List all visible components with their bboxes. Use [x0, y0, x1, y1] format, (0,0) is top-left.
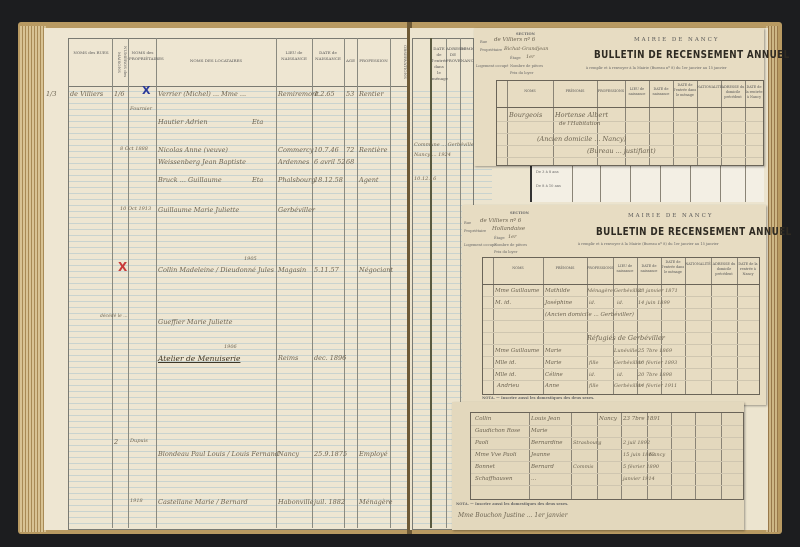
entry-locataire: Collin Madeleine / Dieudonné Jules — [158, 266, 274, 274]
col-header-observations: OBSERVATIONS — [390, 44, 408, 80]
row-line — [483, 296, 759, 297]
strip-divider — [660, 164, 661, 202]
handwritten-note: Nancy ... 1924 — [414, 152, 451, 158]
entry-proprietaire: 1918 — [130, 498, 143, 504]
col-header: NATIONALITÉ — [697, 85, 721, 90]
entry-locataire: Castellane Marie / Bernard — [158, 498, 248, 506]
mairie-heading: MAIRIE DE NANCY — [628, 213, 713, 219]
field-label: Prix du loyer — [510, 71, 533, 75]
row-profession: fille — [589, 383, 599, 389]
col-header: LIEU de naissance — [625, 87, 649, 97]
row-line — [471, 473, 743, 474]
bulletin-table: NOMS PRÉNOMS PROFESSIONS LIEU de naissan… — [482, 257, 760, 395]
row-line — [471, 485, 743, 486]
row-prenom: Anne — [545, 383, 559, 389]
field-value: Bichat-Grandjean — [504, 46, 548, 52]
census-bulletin-2: SECTION MAIRIE DE NANCY BULLETIN DE RECE… — [462, 205, 766, 405]
strip-divider — [630, 164, 631, 202]
blue-x-mark: X — [142, 84, 150, 97]
col-header: PRÉNOMS — [553, 89, 597, 94]
entry-locataire: Atelier de Menuiserie — [158, 354, 240, 363]
entry-lieu: Habonville — [278, 498, 314, 506]
row-prenom: (Bureau ... justifiant) — [587, 147, 656, 155]
field-value: de Villiers nº 6 — [480, 218, 521, 224]
row-prenom: ... — [531, 476, 536, 482]
col-divider — [446, 38, 447, 528]
col-header: DATE de naissance — [637, 264, 661, 274]
entry-proprietaire: décédé le ... — [100, 314, 128, 319]
entry-note: 1906 — [224, 344, 237, 350]
field-label: Rue — [464, 221, 471, 225]
col-header: NOMS — [507, 89, 553, 94]
entry-age: 72 — [346, 146, 354, 154]
strip-divider — [690, 164, 691, 202]
form-strip: De 3 à 8 ans De 8 à 10 ans — [530, 164, 764, 202]
row-nom: Bonnet — [475, 464, 495, 470]
field-label: Nombre de pièces — [510, 64, 543, 68]
field-label: Prix du loyer — [494, 250, 517, 254]
row-line — [497, 133, 763, 134]
col-header: DATE de naissance — [649, 87, 673, 97]
entry-numero: 1/6 — [114, 90, 124, 98]
bulletin-table: Collin Louis Jean Nancy 23 7bre 1891 Gau… — [470, 412, 744, 500]
row-prenom: (Ancien domicile ... Nancy) — [537, 135, 626, 143]
entry-lieu: Magasin — [278, 266, 306, 274]
entry-date: 25.9.1875 — [314, 450, 347, 458]
field-label: Nombre de pièces — [494, 243, 527, 247]
margin-number: 1/3 — [46, 90, 56, 98]
col-header: ADRESSE du domicile précédent — [721, 85, 745, 100]
entry-profession: Négociant — [359, 266, 393, 274]
field-value: Hollandaise — [492, 226, 525, 232]
entry-profession: Rentier — [359, 90, 384, 98]
entry-numero: 2 — [114, 438, 118, 446]
row-lieu: Lunéville — [614, 348, 637, 354]
row-line — [471, 437, 743, 438]
field-value: 1er — [526, 54, 535, 60]
entry-date: dec. 1896 — [314, 354, 346, 362]
strip-divider — [572, 164, 573, 202]
census-bulletin-1: SECTION MAIRIE DE NANCY BULLETIN DE RECE… — [474, 28, 764, 166]
row-nom: Mlle id. — [495, 360, 516, 366]
col-divider — [312, 38, 313, 528]
col-header-adresse: ADRESSE DE PROVENANCE — [446, 46, 460, 64]
entry-proprietaire: Dupuis — [130, 438, 148, 444]
header-divider — [483, 284, 759, 285]
row-date: 2 juil 1892 — [623, 440, 650, 446]
field-label: Propriétaire — [464, 229, 486, 233]
strip-divider — [720, 164, 721, 202]
col-divider — [613, 258, 614, 394]
row-nom: Mme Guillaume — [495, 348, 539, 354]
row-line — [483, 320, 759, 321]
row-date: 25 7bre 1869 — [638, 348, 672, 354]
mairie-heading: MAIRIE DE NANCY — [634, 37, 719, 43]
handwritten-note: Commune ... Gerbéviller — [414, 142, 476, 148]
row-date: 23 janvier 1871 — [638, 288, 678, 294]
row-extra: de l'Habitation — [559, 121, 600, 127]
entry-locataire: Gueffier Marie Juliette — [158, 318, 232, 326]
field-label: Étage — [510, 56, 521, 60]
col-divider — [737, 258, 738, 394]
entry-date: 5.11.57 — [314, 266, 339, 274]
row-nom: Schaffhausen — [475, 476, 513, 482]
col-header-profession: PROFESSION — [357, 58, 390, 64]
col-divider — [697, 81, 698, 165]
row-prenom: Bernardine — [531, 440, 562, 446]
row-prenom: Joséphine — [545, 300, 572, 306]
col-header-date-entree: DATE de l'entrée dans le ménage — [432, 46, 446, 82]
row-prenom: Réfugiés de Gerbéviller — [587, 334, 665, 342]
bulletin-note: NOTA. — Inscrire aussi les domestiques d… — [482, 396, 594, 400]
col-header-age: AGE — [344, 58, 357, 64]
field-label: Propriétaire — [480, 48, 502, 52]
entry-lieu: Ardennes — [278, 158, 309, 166]
field-value: 1er — [508, 234, 517, 240]
col-divider — [493, 258, 494, 394]
row-nom: Mme Guillaume — [495, 288, 539, 294]
entry-locataire: Blondeau Paul Louis / Louis Fernand — [158, 450, 279, 458]
col-header: DATE de l'entrée dans le ménage — [661, 260, 685, 275]
col-header: ADRESSE du domicile précédent — [711, 262, 737, 277]
entry-lieu: Remiremont — [278, 90, 319, 98]
entry-age: 53 — [346, 90, 354, 98]
section-label: SECTION — [510, 211, 529, 215]
strip-divider — [600, 164, 601, 202]
entry-locataire: Bruck ... Guillaume — [158, 176, 222, 184]
col-divider — [156, 38, 157, 528]
bulletin-table: NOMS PRÉNOMS PROFESSIONS LIEU de naissan… — [496, 80, 764, 166]
col-header-proprietaire: NOMS des PROPRIÉTAIRES — [129, 50, 156, 62]
row-date: 20 7bre 1898 — [638, 372, 672, 378]
row-profession: id. — [589, 372, 595, 378]
row-nom: Mlle id. — [495, 372, 516, 378]
col-header: NATIONALITÉ — [685, 262, 711, 267]
row-nom: Paoli — [475, 440, 489, 446]
entry-note: 1905 — [244, 256, 257, 262]
entry-lieu: Commercy — [278, 146, 313, 154]
row-line — [497, 157, 763, 158]
row-date: 14 juin 1899 — [638, 300, 670, 306]
entry-proprietaire: Fournier — [130, 106, 152, 112]
entry-lieu: Phalsbourg — [278, 176, 315, 184]
entry-locataire: Nicolas Anne (veuve) — [158, 146, 228, 154]
row-date: 10 février 1893 — [638, 360, 677, 366]
entry-profession: Rentière — [359, 146, 387, 154]
entry-lieu: Reims — [278, 354, 298, 362]
row-line — [471, 425, 743, 426]
entry-locataire: Verrier (Michel) ... Mme ... — [158, 90, 246, 98]
entry-profession: Ménagère — [359, 498, 393, 506]
row-lieu: id. — [617, 300, 623, 306]
col-header-locataires: NOMS DES LOCATAIRES — [156, 58, 276, 64]
entry-locataire: Weissenberg Jean Baptiste — [158, 158, 246, 166]
col-divider — [390, 38, 391, 528]
row-lieu: id. — [617, 372, 623, 378]
section-label: SECTION — [516, 32, 535, 36]
entry-note: Eta — [252, 118, 263, 126]
row-extra: Nancy — [649, 452, 665, 458]
strip-label: De 3 à 8 ans — [536, 170, 559, 174]
entry-note: Eta — [252, 176, 263, 184]
row-prenom: Mathilde — [545, 288, 570, 294]
row-date: janvier 1914 — [623, 476, 655, 482]
col-header-domicile: DOMICILE — [460, 46, 472, 52]
row-nom: Mme Vve Paoli — [475, 452, 517, 458]
page-edges-left — [20, 26, 46, 532]
entry-lieu: Nancy — [278, 450, 299, 458]
census-bulletin-3: Collin Louis Jean Nancy 23 7bre 1891 Gau… — [452, 402, 744, 530]
field-label: Logement occupé — [476, 64, 508, 68]
row-date: 23 7bre 1891 — [623, 416, 660, 422]
row-nom: Bourgeois — [509, 111, 542, 119]
entry-date: 10.7.46 — [314, 146, 339, 154]
row-prenom: Jeanne — [531, 452, 550, 458]
row-prenom: Hortense Albert — [555, 111, 608, 119]
row-line — [483, 344, 759, 345]
entry-date: 1.2.65 — [314, 90, 335, 98]
col-header: PROFESSIONS — [597, 89, 625, 94]
row-prenom: Louis Jean — [531, 416, 560, 422]
handwritten-note: 10.12.16 — [414, 176, 436, 182]
col-divider — [430, 38, 432, 528]
col-header: PROFESSIONS — [587, 266, 613, 271]
row-lieu: Nancy — [599, 416, 617, 422]
row-prenom: Bernard — [531, 464, 554, 470]
strip-label: De 8 à 10 ans — [536, 184, 561, 188]
bulletin-subtitle: à remplir et à renvoyer à la Mairie (Bur… — [578, 242, 719, 246]
strip-divider — [745, 164, 746, 202]
row-line — [471, 461, 743, 462]
bulletin-title: BULLETIN DE RECENSEMENT ANNUEL — [594, 48, 790, 61]
col-divider — [543, 258, 544, 394]
field-label: Étage — [494, 236, 505, 240]
col-header: DATE de la rentrée à Nancy — [745, 85, 763, 100]
col-header: DATE de l'entrée dans le ménage — [673, 83, 697, 98]
row-nom: M. id. — [495, 300, 511, 306]
row-date: 14 février 1911 — [638, 383, 677, 389]
row-line — [483, 368, 759, 369]
row-prenom: Marie — [531, 428, 548, 434]
row-prenom: Marie — [545, 360, 562, 366]
left-page: NOMS des RUES NUMÉROS des MAISONS NOMS d… — [44, 28, 410, 530]
col-divider — [711, 258, 712, 394]
row-line — [471, 449, 743, 450]
col-header: LIEU de naissance — [613, 264, 637, 274]
entry-proprietaire: 10 Oct 1913 — [120, 206, 151, 212]
row-prenom: Céline — [545, 372, 563, 378]
field-value: de Villiers nº 6 — [494, 37, 535, 43]
col-divider — [128, 38, 129, 528]
header-divider — [497, 107, 763, 108]
entry-lieu: Gerbéviller — [278, 206, 315, 214]
entry-profession: Employé — [359, 450, 388, 458]
entry-date: juil. 1882 — [314, 498, 345, 506]
row-profession: id. — [589, 300, 595, 306]
col-divider — [112, 38, 113, 528]
entry-proprietaire: 8 Oct 1888 — [120, 146, 148, 152]
field-label: Rue — [480, 40, 487, 44]
entry-locataire: Hautier Adrien — [158, 118, 208, 126]
col-divider — [587, 258, 588, 394]
row-line — [497, 145, 763, 146]
col-header: PRÉNOMS — [543, 266, 587, 271]
row-profession: Ménagère — [587, 288, 613, 294]
col-header-numero: NUMÉROS des MAISONS — [112, 44, 128, 80]
row-line — [497, 121, 763, 122]
col-header: DATE de la rentrée à Nancy — [737, 262, 759, 277]
row-prenom: (Ancien domicile ... Gerbéviller) — [545, 312, 634, 318]
bulletin-title: BULLETIN DE RECENSEMENT ANNUEL — [596, 225, 792, 238]
row-profession: fille — [589, 360, 599, 366]
row-line — [483, 332, 759, 333]
entry-rue: de Villiers — [70, 90, 103, 98]
row-nom: Gaudichon Rose — [475, 428, 520, 434]
row-nom: Andrieu — [497, 383, 519, 389]
col-header-lieu: LIEU de NAISSANCE — [276, 50, 312, 62]
row-date: 5 février 1890 — [623, 464, 659, 470]
row-lieu: Strasbourg — [573, 440, 601, 446]
col-header: NOMS — [493, 266, 543, 271]
row-prenom: Marie — [545, 348, 562, 354]
entry-age: 68 — [346, 158, 354, 166]
row-line — [483, 380, 759, 381]
bulletin-subtitle: à remplir et à renvoyer à la Mairie (Bur… — [586, 66, 727, 70]
col-divider — [685, 258, 686, 394]
col-header-rue: NOMS des RUES — [70, 50, 112, 56]
row-line — [483, 356, 759, 357]
entry-profession: Agent — [359, 176, 379, 184]
col-header-date: DATE de NAISSANCE — [312, 50, 344, 62]
red-x-mark: X — [118, 260, 127, 274]
entry-locataire: Guillaume Marie Juliette — [158, 206, 239, 214]
col-divider — [357, 38, 358, 528]
row-profession: Commis — [573, 464, 593, 470]
row-nom: Collin — [475, 416, 491, 422]
footer-handwriting: Mme Bouchon Justine ... 1er janvier — [458, 512, 568, 519]
field-label: Logement occupé — [464, 243, 496, 247]
entry-date: 18.12.58 — [314, 176, 343, 184]
row-line — [483, 308, 759, 309]
entry-date: 6 avril 52 — [314, 158, 345, 166]
bulletin-note: NOTA. — Inscrire aussi les domestiques d… — [456, 502, 568, 506]
